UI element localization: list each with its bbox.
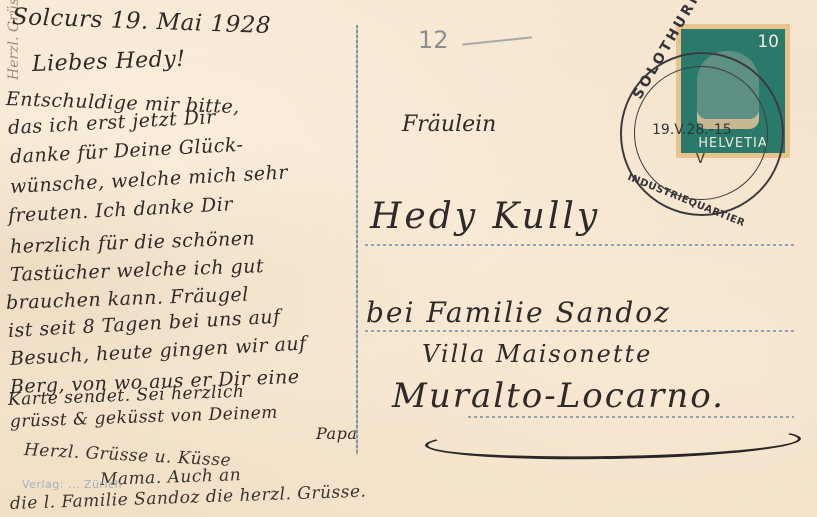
center-divider [356, 25, 358, 455]
postcard-back: Herzl. Grüsse Solcurs 19. Mai 1928 Liebe… [0, 0, 817, 517]
address-rule [365, 244, 795, 246]
address-town: Muralto-Locarno. [392, 376, 725, 416]
signature: Papa [316, 424, 357, 443]
message-line: Tastücher welche ich gut [10, 255, 265, 286]
message-line: herzlich für die schönen [10, 227, 256, 258]
postmark: SOLOTHURN 19.V.28.-15 V INDUSTRIEQUARTIE… [620, 52, 784, 216]
address-rule [365, 330, 795, 332]
address-underline-flourish [425, 422, 802, 463]
address-name: Hedy Kully [370, 196, 600, 237]
greeting: Liebes Hedy! [32, 47, 186, 77]
stamp-value: 10 [757, 32, 779, 52]
address-house: Villa Maisonette [422, 340, 652, 368]
publisher-imprint: Verlag: ... Zürich [22, 478, 122, 491]
postmark-date: 19.V.28.-15 [652, 122, 732, 138]
place-date: Solcurs 19. Mai 1928 [12, 4, 272, 39]
address-care-of: bei Familie Sandoz [366, 296, 671, 329]
pencil-dash [462, 36, 532, 45]
message-line: wünsche, welche mich sehr [9, 161, 288, 198]
message-line: freuten. Ich danke Dir [7, 193, 233, 227]
message-line: danke für Deine Glück- [9, 134, 244, 168]
address-rule [468, 416, 794, 418]
address-salutation: Fräulein [402, 112, 496, 137]
pencil-mark: 12 [418, 26, 449, 54]
postmark-office-letter: V [696, 152, 705, 167]
